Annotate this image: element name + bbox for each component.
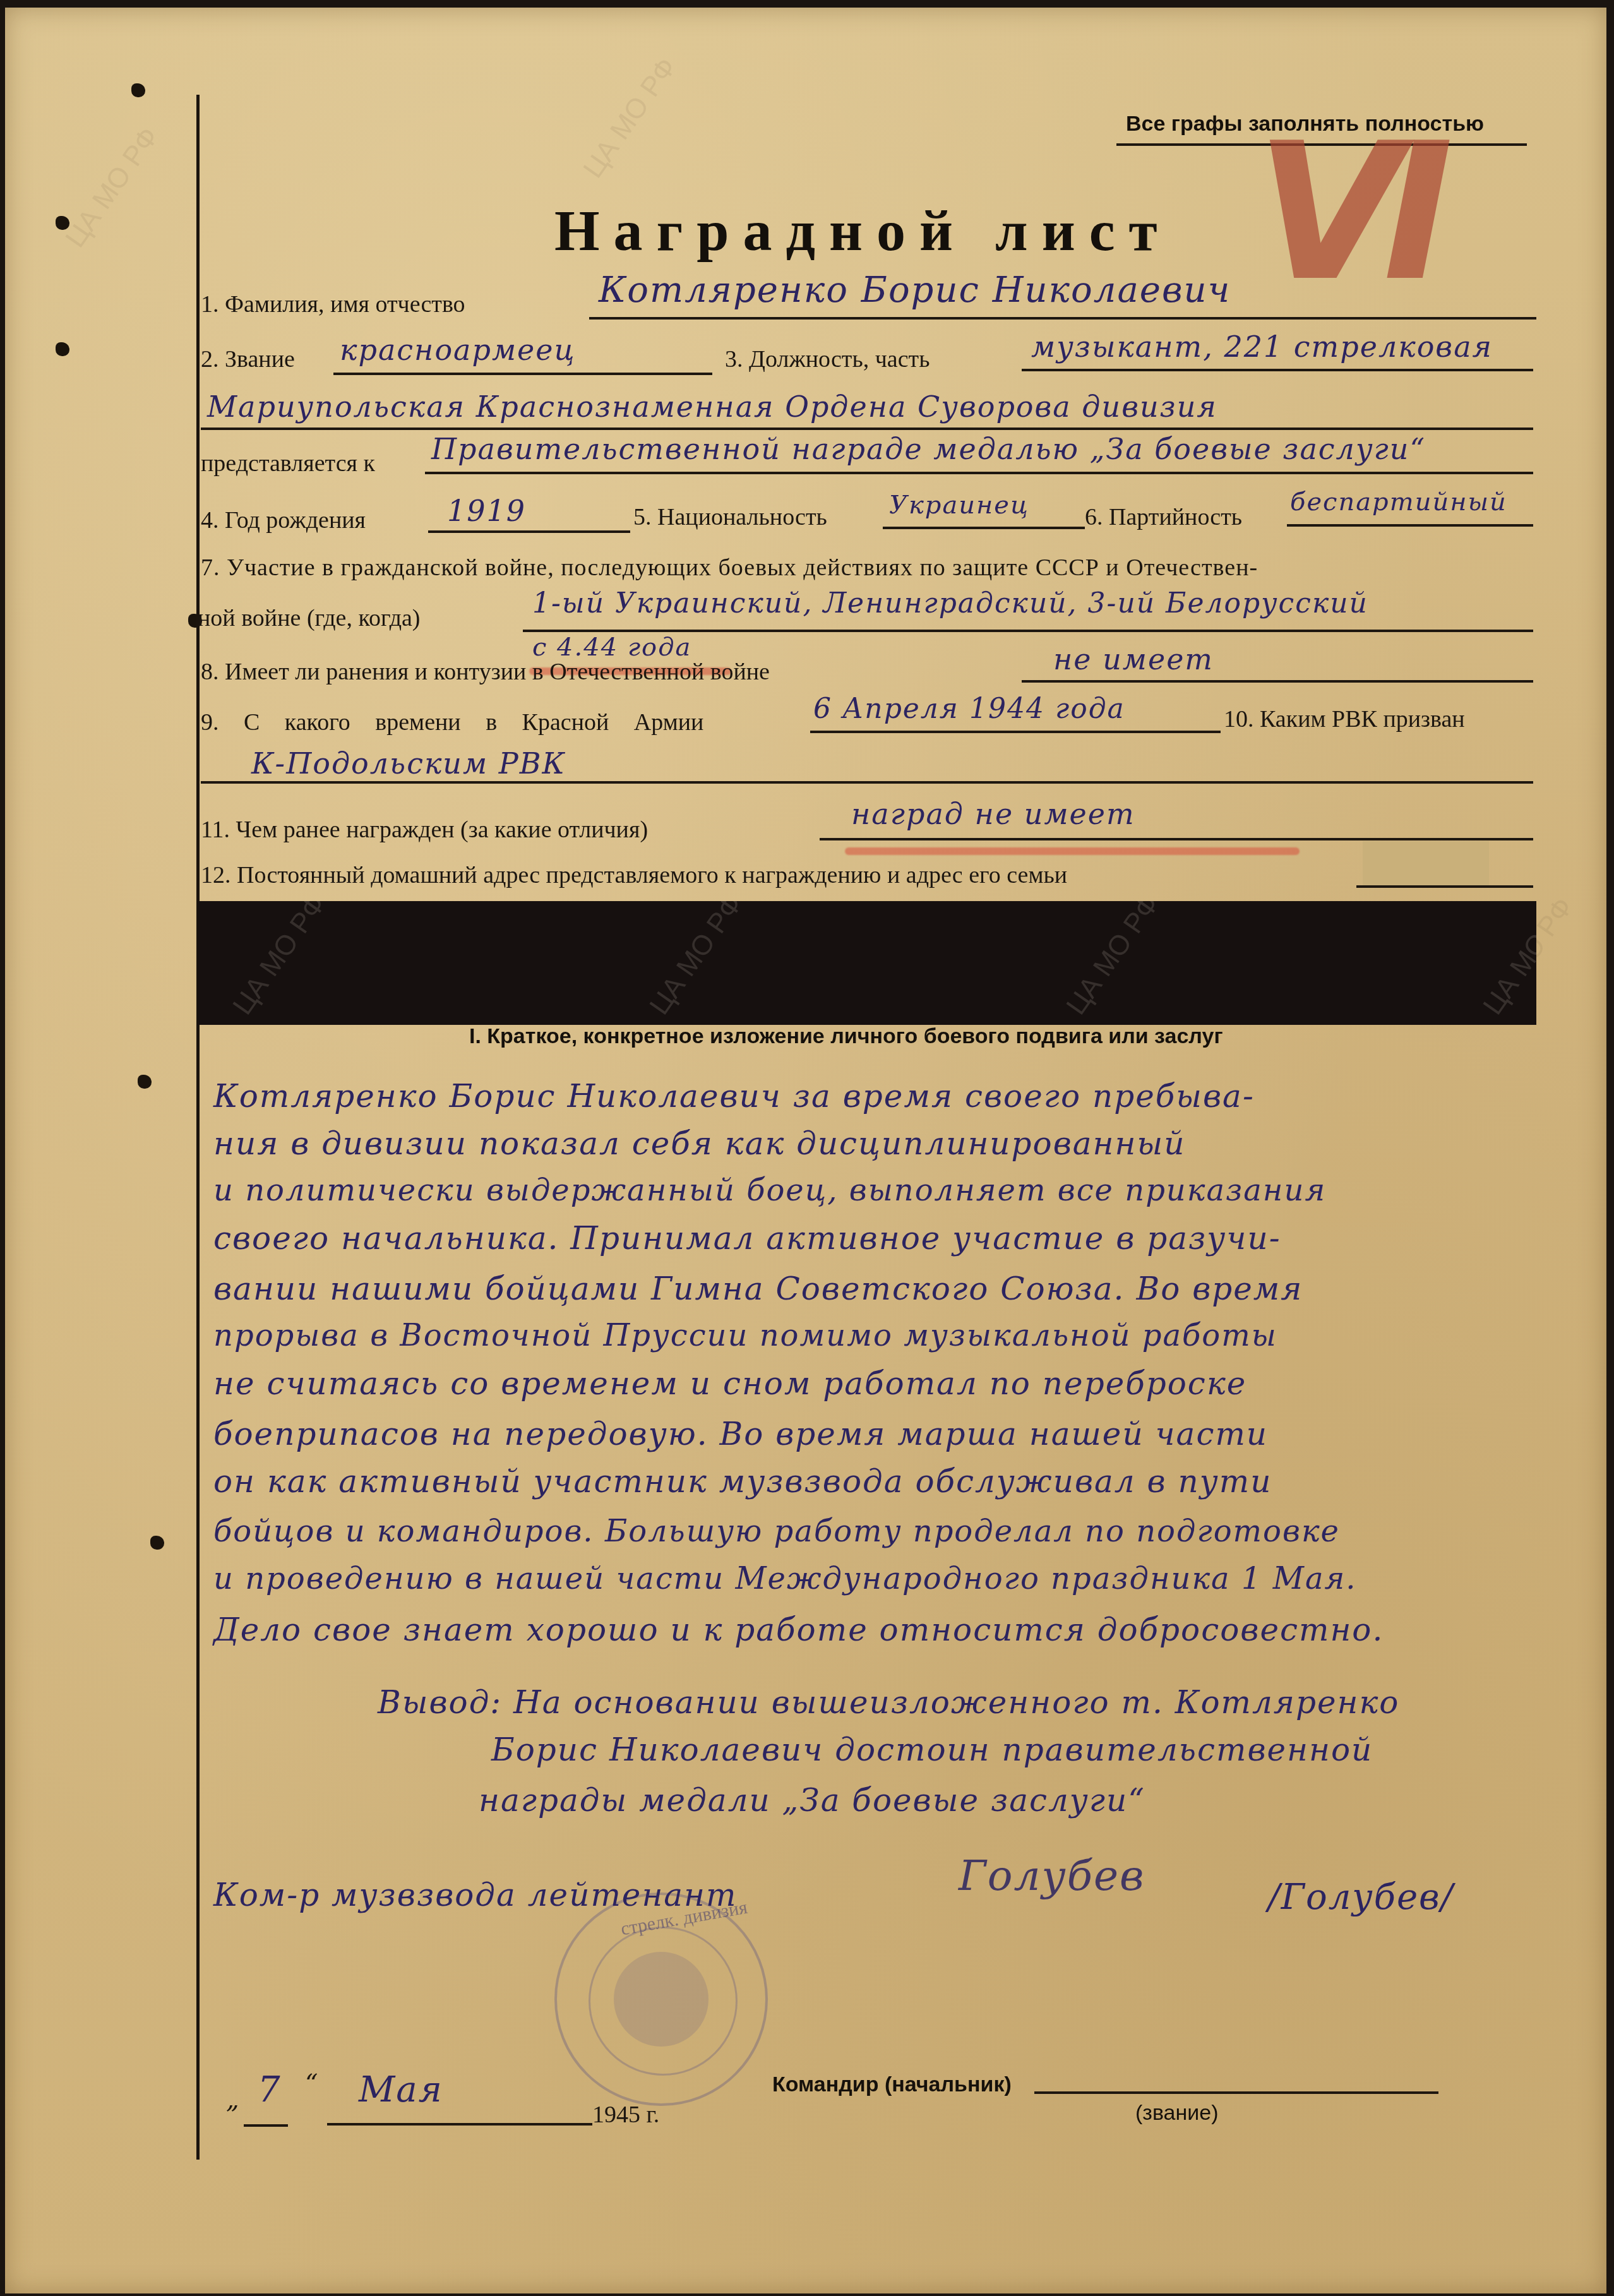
field-3-label: 3. Должность, часть xyxy=(725,345,930,373)
section-heading: I. Краткое, конкретное изложение личного… xyxy=(469,1024,1223,1049)
field-1-line xyxy=(589,317,1536,320)
field-8-value[interactable]: не имеет xyxy=(1053,642,1214,676)
rank-caption: (звание) xyxy=(1135,2101,1219,2126)
punch-hole xyxy=(131,83,145,97)
field-4-label: 4. Год рождения xyxy=(201,506,366,534)
narrative-line: и проведению в нашей части Международног… xyxy=(213,1561,1357,1596)
narrative-line: своего начальника. Принимал активное уча… xyxy=(213,1220,1281,1257)
presented-line xyxy=(425,472,1533,474)
narrative-line: Котляренко Борис Николаевич за время сво… xyxy=(213,1078,1255,1115)
date-quote-close: “ xyxy=(305,2069,319,2098)
date-month-line xyxy=(327,2123,592,2126)
red-pencil-mark: VI xyxy=(1255,102,1435,323)
presented-label: представляется к xyxy=(201,450,375,477)
field-3-continuation-line xyxy=(201,428,1533,430)
conclusion-line: награды медали „За боевые заслуги“ xyxy=(479,1782,1145,1819)
field-2-label: 2. Звание xyxy=(201,345,295,373)
field-11-label: 11. Чем ранее награжден (за какие отличи… xyxy=(201,816,648,844)
narrative-line: и политически выдержанный боец, выполняе… xyxy=(213,1173,1326,1208)
field-6-value[interactable]: беспартийный xyxy=(1290,487,1507,517)
punch-hole xyxy=(138,1075,152,1089)
award-sheet-paper: ЦА МО РФ ЦА МО РФ ЦА МО РФ Все графы зап… xyxy=(5,8,1606,2293)
field-9-label: 9. С какого времени в Красной Армии xyxy=(201,709,703,736)
date-month[interactable]: Мая xyxy=(359,2069,443,2110)
field-7-line xyxy=(523,630,1533,632)
field-1-label: 1. Фамилия, имя отчество xyxy=(201,290,465,318)
signatory-name: /Голубев/ xyxy=(1268,1877,1454,1918)
field-11-value[interactable]: наград не имеет xyxy=(851,797,1135,831)
field-12-label: 12. Постоянный домашний адрес представля… xyxy=(201,861,1067,889)
field-3-continuation[interactable]: Мариупольская Краснознаменная Ордена Сув… xyxy=(207,390,1217,424)
commander-label: Командир (начальник) xyxy=(772,2072,1012,2097)
conclusion-line: Вывод: На основании вышеизложенного т. К… xyxy=(378,1684,1399,1721)
field-2-value[interactable]: красноармеец xyxy=(340,333,576,367)
field-7-value[interactable]: 1-ый Украинский, Ленинградский, 3-ий Бел… xyxy=(532,587,1368,619)
narrative-line: не считаясь со временем и сном работал п… xyxy=(213,1365,1246,1402)
field-8-line xyxy=(1022,680,1533,683)
field-5-value[interactable]: Украинец xyxy=(889,491,1029,520)
field-10-value[interactable]: К-Подольским РВК xyxy=(251,746,566,780)
watermark: ЦА МО РФ xyxy=(1060,901,1166,1020)
field-2-line xyxy=(333,373,712,375)
field-9-value[interactable]: 6 Апреля 1944 года xyxy=(813,693,1125,725)
field-1-value[interactable]: Котляренко Борис Николаевич xyxy=(599,270,1231,311)
presented-value[interactable]: Правительственной награде медалью „За бо… xyxy=(431,432,1426,466)
narrative-line: прорыва в Восточной Пруссии помимо музык… xyxy=(213,1318,1277,1353)
date-day[interactable]: 7 xyxy=(258,2069,282,2110)
narrative-line: ния в дивизии показал себя как дисциплин… xyxy=(213,1125,1185,1162)
narrative-line: Дело свое знает хорошо и к работе относи… xyxy=(213,1611,1384,1648)
stamp-emblem-icon xyxy=(614,1952,708,2047)
field-11-line xyxy=(820,838,1533,840)
watermark: ЦА МО РФ xyxy=(577,52,683,184)
punch-hole xyxy=(56,342,69,356)
field-8-label: 8. Имеет ли ранения и контузии в Отечест… xyxy=(201,658,770,686)
watermark: ЦА МО РФ xyxy=(59,122,165,254)
field-7-label-line2: ной войне (где, когда) xyxy=(198,604,421,632)
field-10-label: 10. Каким РВК призван xyxy=(1224,705,1465,733)
field-12-line xyxy=(1356,885,1533,888)
field-10-line xyxy=(201,781,1533,784)
narrative-line: он как активный участник музвзвода обслу… xyxy=(213,1463,1272,1500)
field-3-value[interactable]: музыкант, 221 стрелковая xyxy=(1031,330,1493,364)
date-day-line xyxy=(244,2124,288,2127)
date-year: 1945 г. xyxy=(592,2101,659,2129)
field-6-line xyxy=(1287,524,1533,527)
field-3-line xyxy=(1022,369,1533,371)
field-5-label: 5. Национальность xyxy=(633,503,827,531)
narrative-line: боеприпасов на передовую. Во время марша… xyxy=(213,1416,1268,1452)
punch-hole xyxy=(150,1536,164,1550)
signature: Голубев xyxy=(959,1851,1145,1900)
conclusion-line: Борис Николаевич достоин правительственн… xyxy=(491,1731,1373,1768)
watermark: ЦА МО РФ xyxy=(1477,901,1536,1020)
red-pencil-underline xyxy=(845,847,1300,855)
field-9-line xyxy=(810,731,1221,733)
field-5-line xyxy=(883,527,1085,529)
narrative-line: бойцов и командиров. Большую работу прод… xyxy=(213,1514,1340,1549)
field-7-label-line1: 7. Участие в гражданской войне, последую… xyxy=(201,554,1258,582)
left-margin-rule xyxy=(196,95,200,2160)
redaction-patch xyxy=(1363,841,1489,885)
signatory-position: Ком-р музвзвода лейтенант xyxy=(213,1877,737,1913)
date-quote-open: „ xyxy=(226,2085,241,2114)
commander-line xyxy=(1034,2091,1438,2094)
field-6-label: 6. Партийность xyxy=(1085,503,1242,531)
watermark: ЦА МО РФ xyxy=(227,901,332,1020)
watermark: ЦА МО РФ xyxy=(643,901,749,1020)
field-4-line xyxy=(428,530,630,533)
field-4-value[interactable]: 1919 xyxy=(447,494,526,528)
page-title: Наградной лист xyxy=(554,197,1171,264)
narrative-line: вании нашими бойцами Гимна Советского Со… xyxy=(213,1271,1303,1307)
official-stamp: стрелк. дивизия xyxy=(554,1892,768,2106)
redacted-address-block: ЦА МО РФ ЦА МО РФ ЦА МО РФ ЦА МО РФ xyxy=(198,901,1536,1025)
